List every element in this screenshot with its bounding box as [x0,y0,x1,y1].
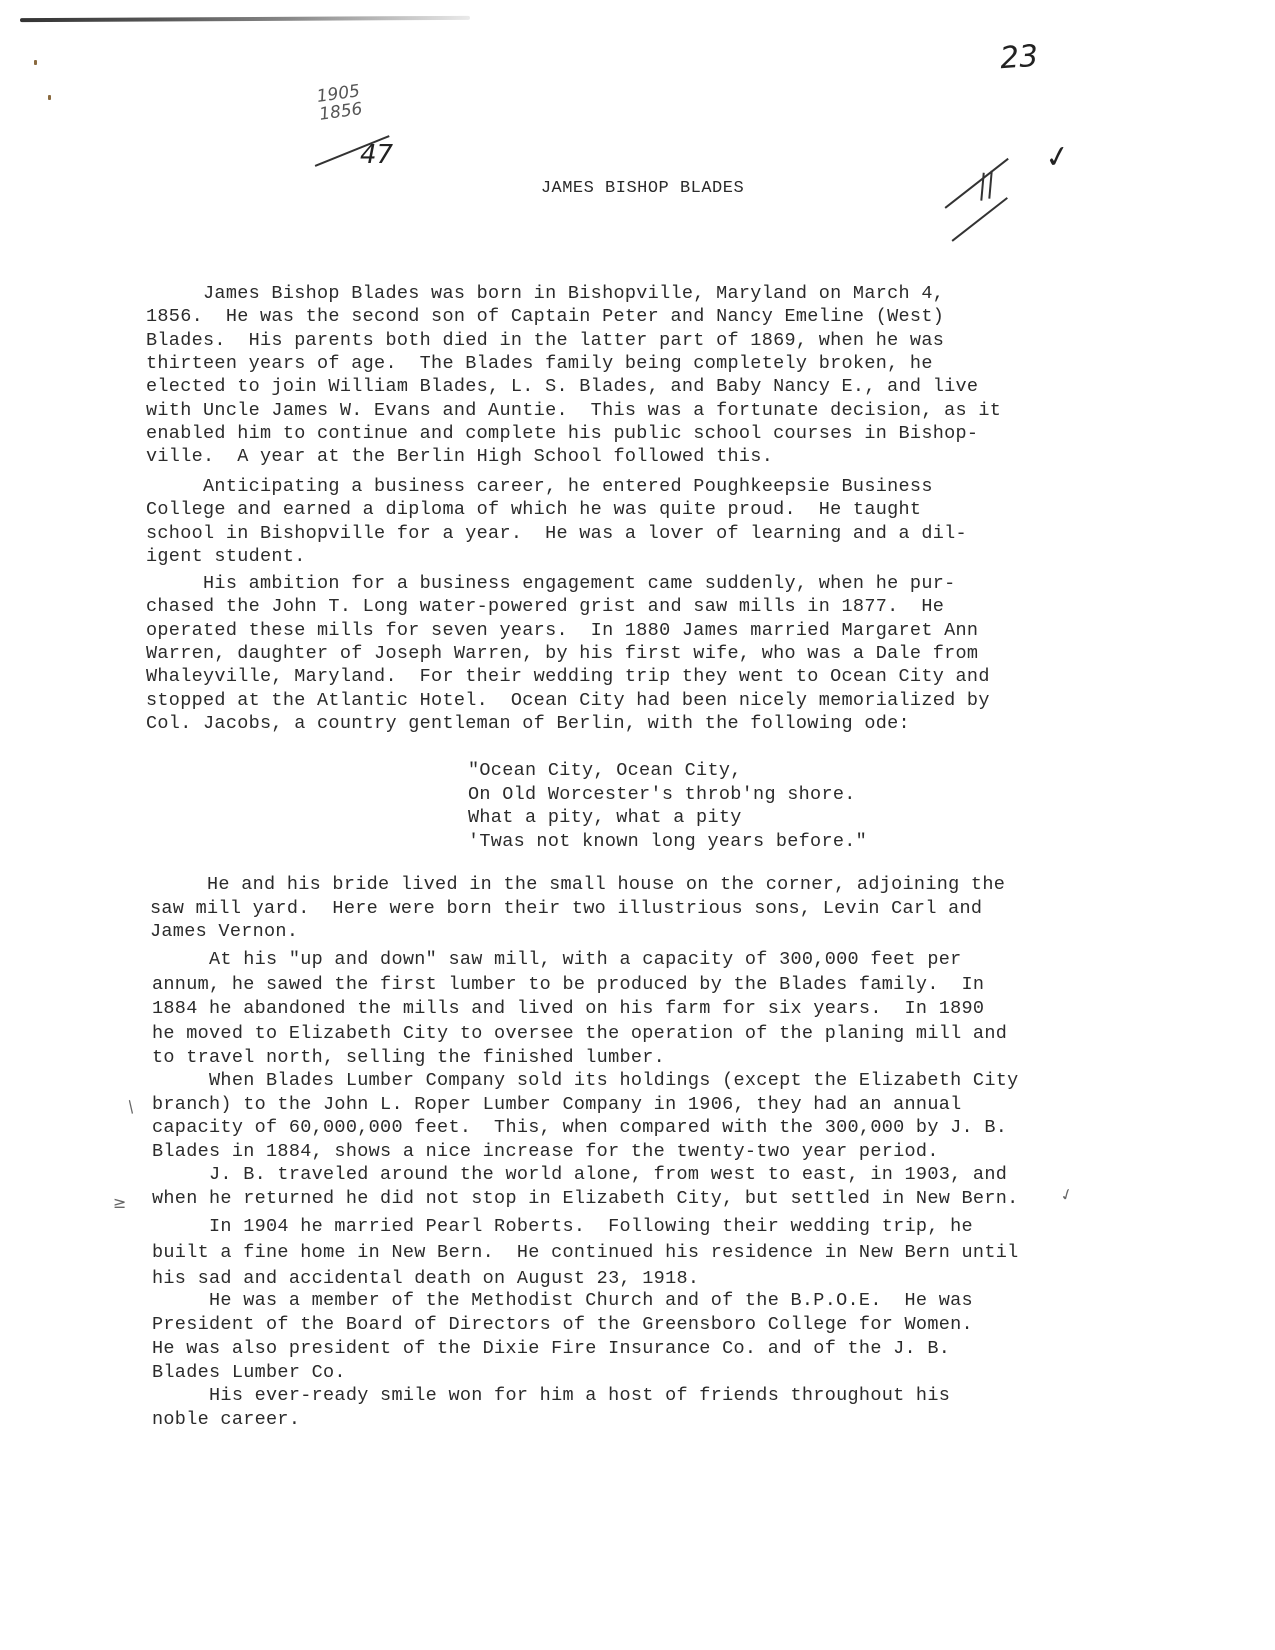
text-line: branch) to the John L. Roper Lumber Comp… [152,1094,962,1115]
text-line: to travel north, selling the finished lu… [152,1047,665,1068]
text-line: thirteen years of age. The Blades family… [146,353,933,374]
text-line: On Old Worcester's throb'ng shore. [468,784,856,805]
text-line: Blades in 1884, shows a nice increase fo… [152,1141,939,1162]
text-line: He was a member of the Methodist Church … [152,1290,973,1311]
text-line: with Uncle James W. Evans and Auntie. Th… [146,400,1001,421]
scan-edge-artifact [20,16,470,22]
text-line: his sad and accidental death on August 2… [152,1268,699,1289]
margin-mark: / [124,1097,138,1116]
text-line: "Ocean City, Ocean City, [468,760,742,781]
text-line: Blades. His parents both died in the lat… [146,330,944,351]
scan-speck [34,60,37,65]
text-line: 'Twas not known long years before." [468,831,867,852]
pencil-number: 47 [360,140,393,170]
text-line: saw mill yard. Here were born their two … [150,898,982,919]
margin-check-mark: ✓ [1057,1183,1076,1205]
text-line: When Blades Lumber Company sold its hold… [152,1070,1019,1091]
text-line: 1856. He was the second son of Captain P… [146,306,944,327]
text-line: College and earned a diploma of which he… [146,499,921,520]
text-line: chased the John T. Long water-powered gr… [146,596,944,617]
text-line: Warren, daughter of Joseph Warren, by hi… [146,643,978,664]
text-line: What a pity, what a pity [468,807,742,828]
pencil-notes: 1905 1856 [316,82,364,124]
text-line: enabled him to continue and complete his… [146,423,978,444]
text-line: His ever-ready smile won for him a host … [152,1385,950,1406]
margin-mark: ≥ [113,1193,126,1212]
check-mark-icon: ✓ [1042,138,1073,177]
text-line: He and his bride lived in the small hous… [150,874,1005,895]
text-line: he moved to Elizabeth City to oversee th… [152,1023,1007,1044]
text-line: capacity of 60,000,000 feet. This, when … [152,1117,1007,1138]
text-line: when he returned he did not stop in Eliz… [152,1188,1019,1209]
text-line: 1884 he abandoned the mills and lived on… [152,998,984,1019]
text-line: In 1904 he married Pearl Roberts. Follow… [152,1216,973,1237]
text-line: President of the Board of Directors of t… [152,1314,973,1335]
text-line: school in Bishopville for a year. He was… [146,523,967,544]
text-line: James Vernon. [150,921,298,942]
text-line: He was also president of the Dixie Fire … [152,1338,950,1359]
text-line: stopped at the Atlantic Hotel. Ocean Cit… [146,690,990,711]
text-line: J. B. traveled around the world alone, f… [152,1164,1007,1185]
text-line: James Bishop Blades was born in Bishopvi… [146,283,944,304]
text-line: noble career. [152,1409,300,1430]
text-line: At his "up and down" saw mill, with a ca… [152,949,962,970]
document-title: JAMES BISHOP BLADES [0,179,1275,198]
text-line: annum, he sawed the first lumber to be p… [152,974,984,995]
text-line: Anticipating a business career, he enter… [146,476,933,497]
text-line: igent student. [146,546,306,567]
scan-speck [48,95,51,100]
text-line: His ambition for a business engagement c… [146,573,956,594]
text-line: ville. A year at the Berlin High School … [146,446,773,467]
handwritten-page-number: 23 [999,39,1040,77]
text-line: Col. Jacobs, a country gentleman of Berl… [146,713,910,734]
text-line: operated these mills for seven years. In… [146,620,978,641]
text-line: elected to join William Blades, L. S. Bl… [146,376,978,397]
text-line: built a fine home in New Bern. He contin… [152,1242,1019,1263]
pencil-note: 1856 [318,100,363,124]
text-line: Whaleyville, Maryland. For their wedding… [146,666,990,687]
text-line: Blades Lumber Co. [152,1362,346,1383]
